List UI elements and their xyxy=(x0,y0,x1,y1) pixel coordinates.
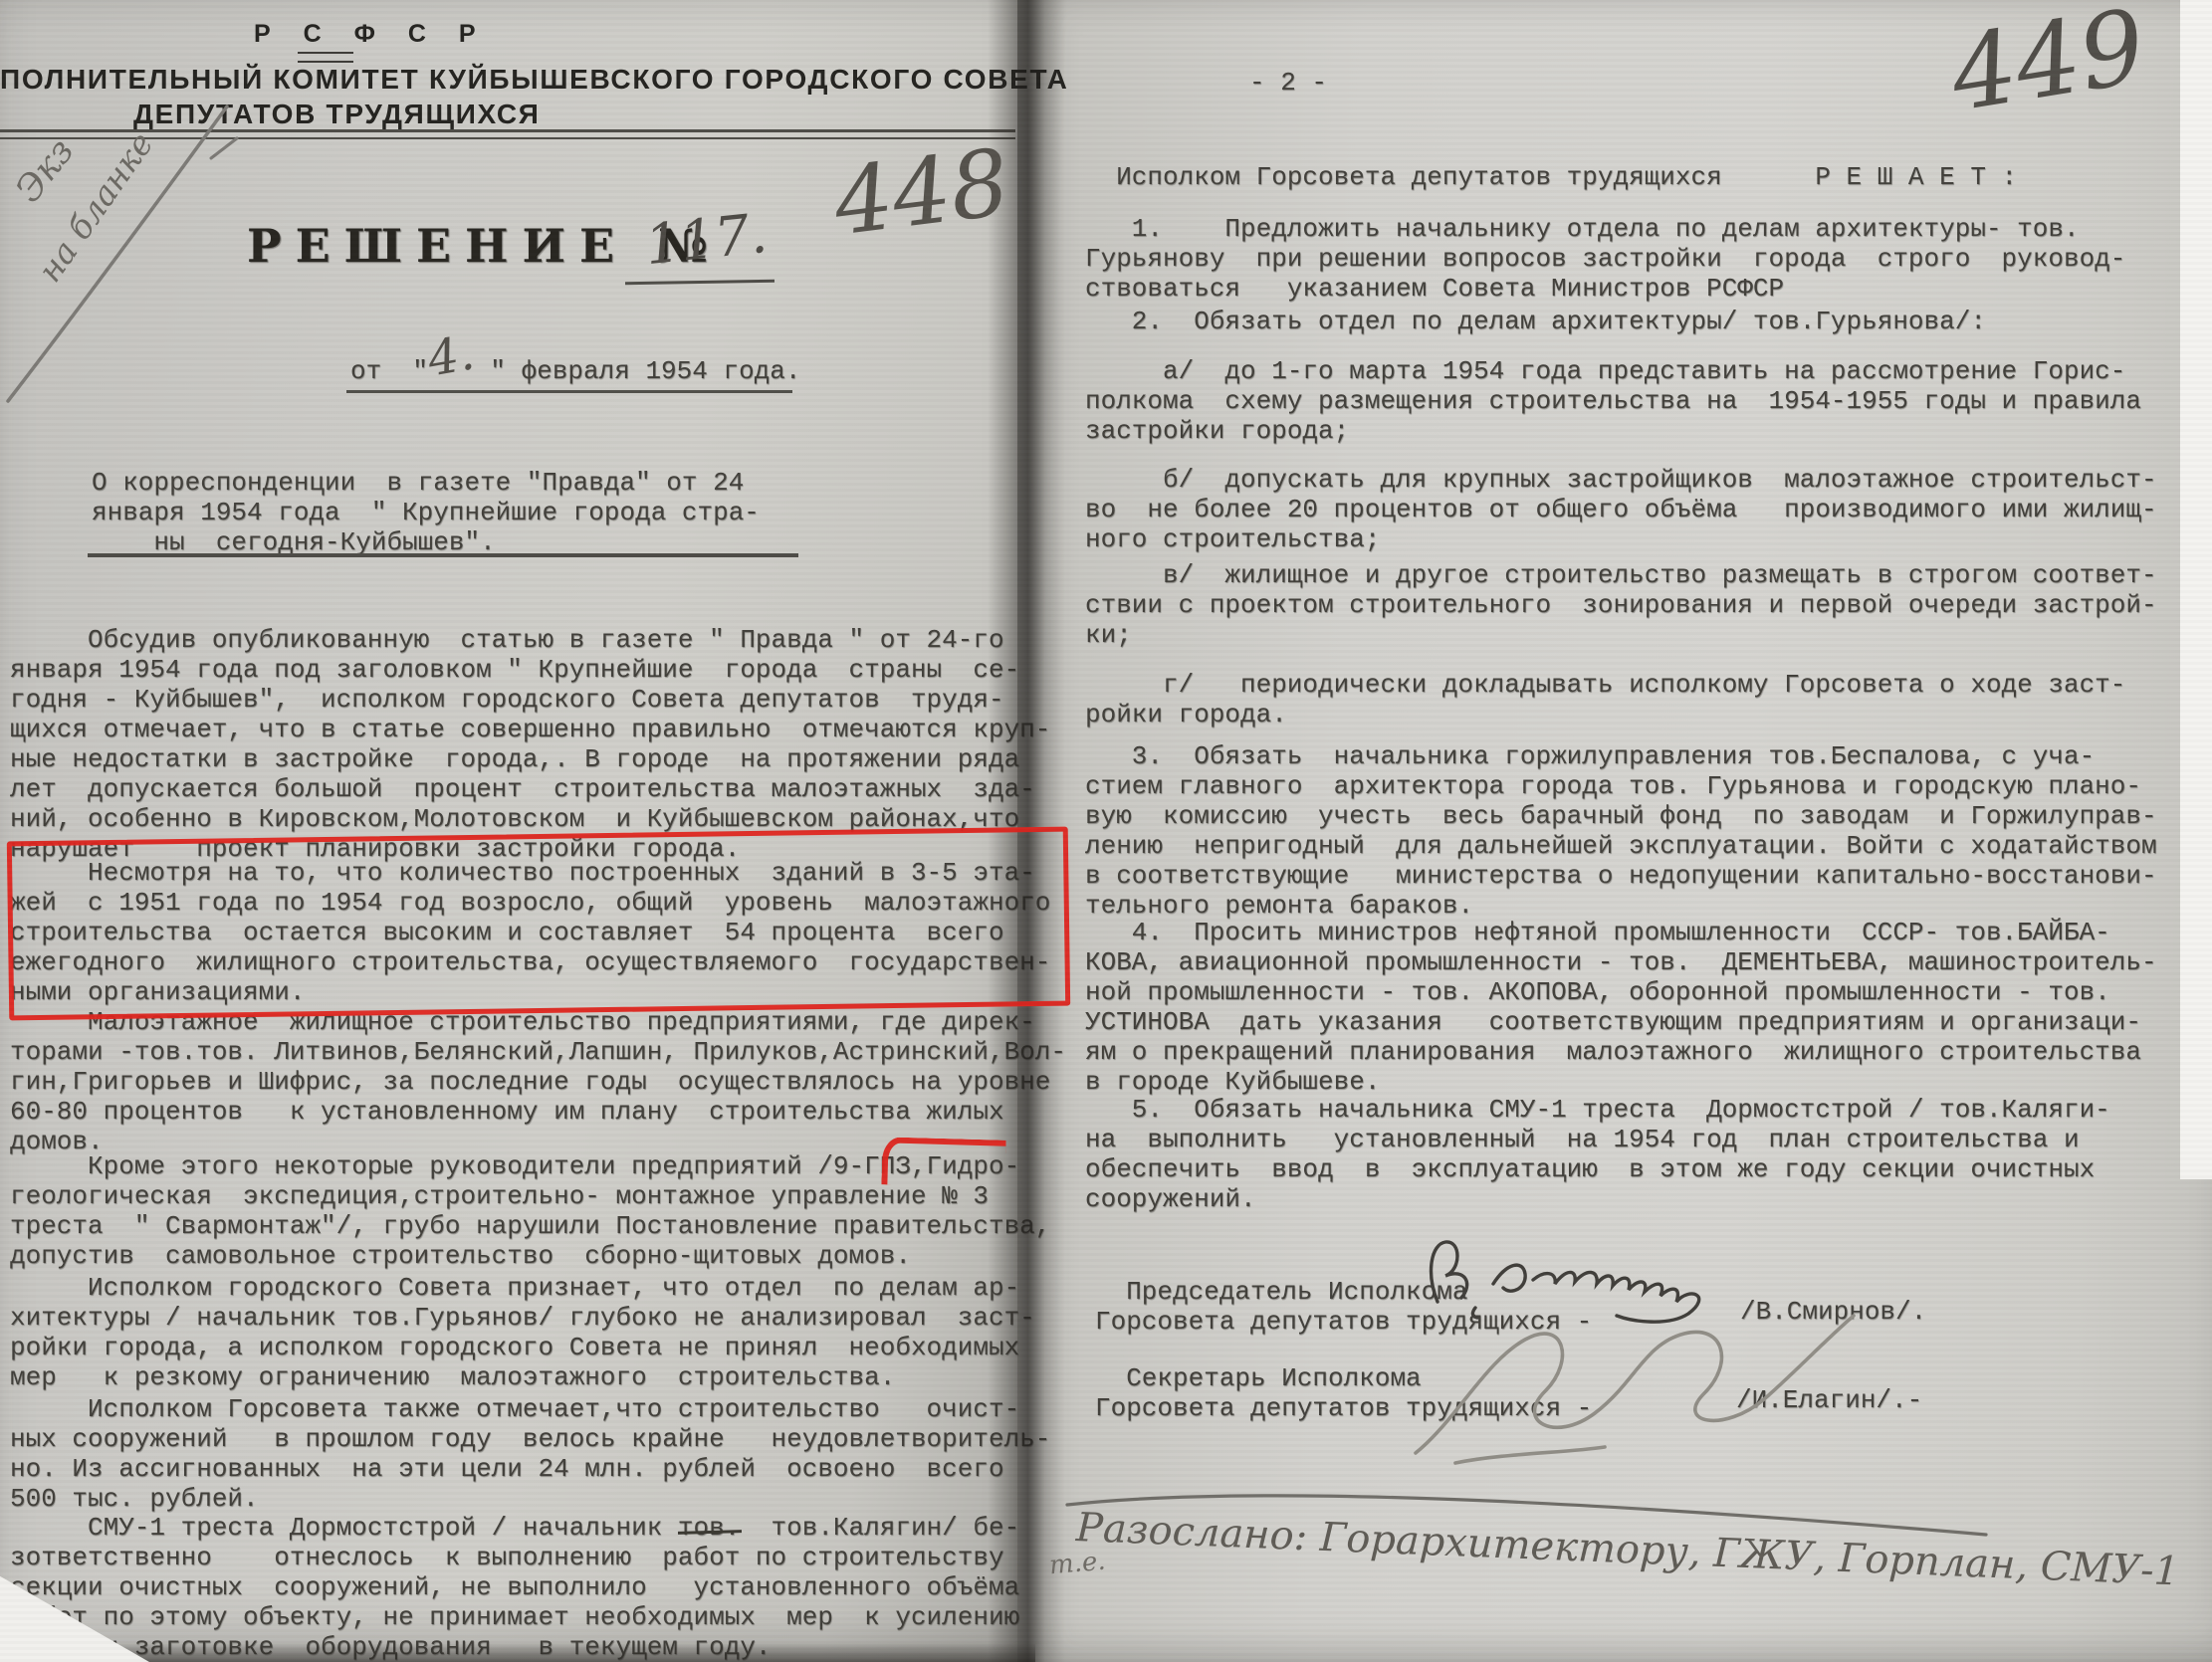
date-line: от " " февраля 1954 года. xyxy=(350,356,800,386)
bottom-scan-seam xyxy=(40,1644,1035,1662)
item-2g: г/ периодически докладывать исполкому Го… xyxy=(1085,670,2125,729)
subject-underline xyxy=(88,553,798,557)
decision-number-handwritten: 117. xyxy=(642,201,770,277)
date-day-handwritten: 4. xyxy=(423,324,478,387)
letterhead-ornament xyxy=(298,52,353,63)
page1-number-handwritten: 448 xyxy=(828,129,1014,257)
item-3: 3. Обязать начальника горжилуправления т… xyxy=(1085,741,2157,921)
item-4: 4. Просить министров нефтяной промышленн… xyxy=(1085,918,2157,1097)
distribution-small-note: т.е. xyxy=(1048,1547,1107,1581)
scanned-document: Р С Ф С Р ПОЛНИТЕЛЬНЫЙ КОМИТЕТ КУЙБЫШЕВС… xyxy=(0,0,2212,1662)
paragraph-3: Малоэтажное жилищное строительство предп… xyxy=(10,1007,1066,1156)
page2-number-typed: - 2 - xyxy=(1249,68,1327,98)
letterhead-country: Р С Ф С Р xyxy=(254,20,489,49)
scanner-edge-strip xyxy=(2180,0,2212,1179)
item-2a: а/ до 1-го марта 1954 года представить н… xyxy=(1085,356,2141,446)
paragraph-6: Исполком Горсовета также отмечает,что ст… xyxy=(10,1394,1050,1514)
paragraph-5: Исполком городского Совета признает, что… xyxy=(10,1273,1035,1392)
paragraph-7: СМУ-1 треста Дормостстрой / начальник то… xyxy=(10,1513,1019,1662)
item-1: 1. Предложить начальнику отдела по делам… xyxy=(1085,214,2125,304)
red-annotation-box xyxy=(7,827,1070,1021)
date-underline xyxy=(346,390,792,393)
subject-block: О корреспонденции в газете "Правда" от 2… xyxy=(92,468,760,557)
secretary-signature-autograph xyxy=(1394,1302,1872,1471)
red-annotation-bracket-9gpz xyxy=(881,1137,1005,1187)
letterhead-committee-line1: ПОЛНИТЕЛЬНЫЙ КОМИТЕТ КУЙБЫШЕВСКОГО ГОРОД… xyxy=(0,64,1069,96)
item-2: 2. Обязать отдел по делам архитектуры/ т… xyxy=(1085,307,1986,336)
item-2b: б/ допускать для крупных застройщиков ма… xyxy=(1085,465,2157,554)
item-2v: в/ жилищное и другое строительство разме… xyxy=(1085,560,2157,650)
item-5: 5. Обязать начальника СМУ-1 треста Дормо… xyxy=(1085,1095,2110,1214)
resolves-line: Исполком Горсовета депутатов трудящихся … xyxy=(1085,162,2017,192)
